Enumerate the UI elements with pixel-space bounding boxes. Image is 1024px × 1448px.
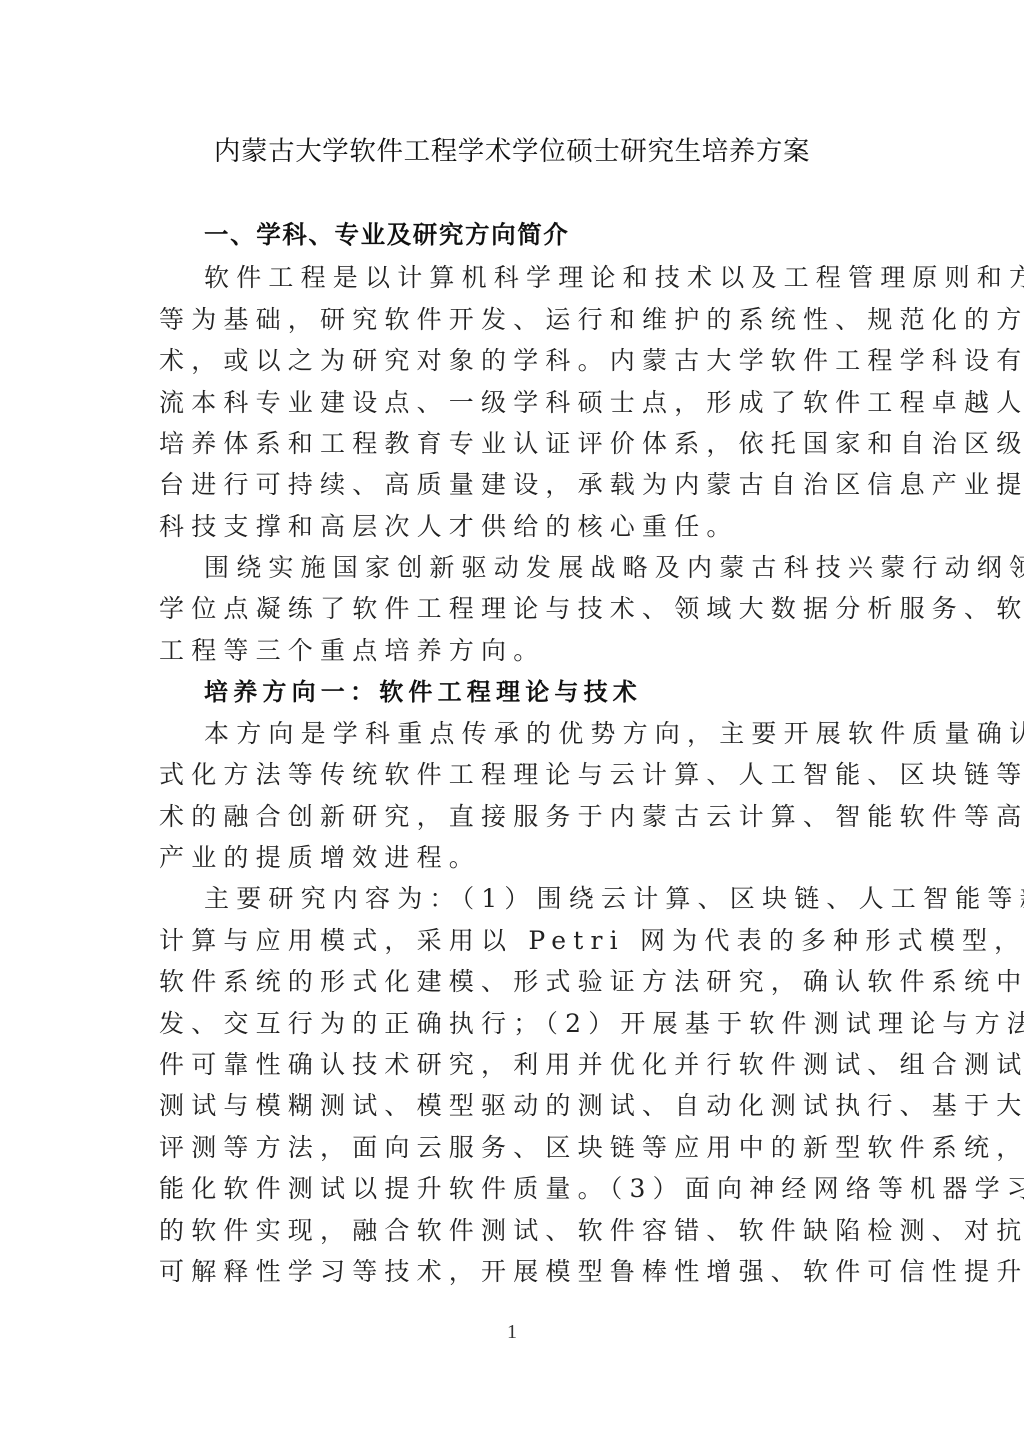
paragraph-line: 发、交互行为的正确执行；（2）开展基于软件测试理论与方法的软 [159, 1007, 871, 1041]
paragraph-line: 台进行可持续、高质量建设，承载为内蒙古自治区信息产业提供关键 [159, 468, 871, 502]
subheading-direction-one: 培养方向一：软件工程理论与技术 [204, 675, 916, 709]
document-page: 内蒙古大学软件工程学术学位硕士研究生培养方案 一、学科、专业及研究方向简介 软件… [0, 0, 1024, 1448]
paragraph-line: 围绕实施国家创新驱动发展战略及内蒙古科技兴蒙行动纲领，本 [204, 551, 916, 585]
paragraph-line: 培养体系和工程教育专业认证评价体系，依托国家和自治区级科研平 [159, 427, 871, 461]
page-number: 1 [0, 1320, 1024, 1344]
paragraph-line: 术的融合创新研究，直接服务于内蒙古云计算、智能软件等高新技术 [159, 800, 871, 834]
paragraph-line: 科技支撑和高层次人才供给的核心重任。 [159, 510, 871, 544]
paragraph-line: 评测等方法，面向云服务、区块链等应用中的新型软件系统，实现智 [159, 1131, 871, 1165]
paragraph-line: 本方向是学科重点传承的优势方向，主要开展软件质量确认、形 [204, 717, 916, 751]
paragraph-line: 工程等三个重点培养方向。 [159, 634, 871, 668]
paragraph-line: 式化方法等传统软件工程理论与云计算、人工智能、区块链等新兴技 [159, 758, 871, 792]
paragraph-line: 产业的提质增效进程。 [159, 841, 871, 875]
paragraph-line: 测试与模糊测试、模型驱动的测试、自动化测试执行、基于大数据的 [159, 1089, 871, 1123]
paragraph-line: 计算与应用模式，采用以 Petri 网为代表的多种形式模型，开展复杂 [159, 924, 871, 958]
paragraph-line: 件可靠性确认技术研究，利用并优化并行软件测试、组合测试、变异 [159, 1048, 871, 1082]
paragraph-line: 学位点凝练了软件工程理论与技术、领域大数据分析服务、软件服务 [159, 592, 871, 626]
paragraph-line: 可解释性学习等技术，开展模型鲁棒性增强、软件可信性提升等方面 [159, 1255, 871, 1289]
paragraph-line: 软件工程是以计算机科学理论和技术以及工程管理原则和方法 [204, 261, 916, 295]
document-title: 内蒙古大学软件工程学术学位硕士研究生培养方案 [0, 134, 1024, 170]
paragraph-line: 主要研究内容为：（1）围绕云计算、区块链、人工智能等新型 [204, 882, 916, 916]
paragraph-line: 能化软件测试以提升软件质量。（3）面向神经网络等机器学习模型 [159, 1172, 871, 1206]
paragraph-line: 软件系统的形式化建模、形式验证方法研究，确认软件系统中复杂并 [159, 965, 871, 999]
paragraph-line: 的软件实现，融合软件测试、软件容错、软件缺陷检测、对抗学习、 [159, 1214, 871, 1248]
paragraph-line: 术，或以之为研究对象的学科。内蒙古大学软件工程学科设有国家一 [159, 344, 871, 378]
paragraph-line: 等为基础，研究软件开发、运行和维护的系统性、规范化的方法和技 [159, 303, 871, 337]
section-heading: 一、学科、专业及研究方向简介 [204, 219, 569, 251]
paragraph-line: 流本科专业建设点、一级学科硕士点，形成了软件工程卓越人才完整 [159, 386, 871, 420]
